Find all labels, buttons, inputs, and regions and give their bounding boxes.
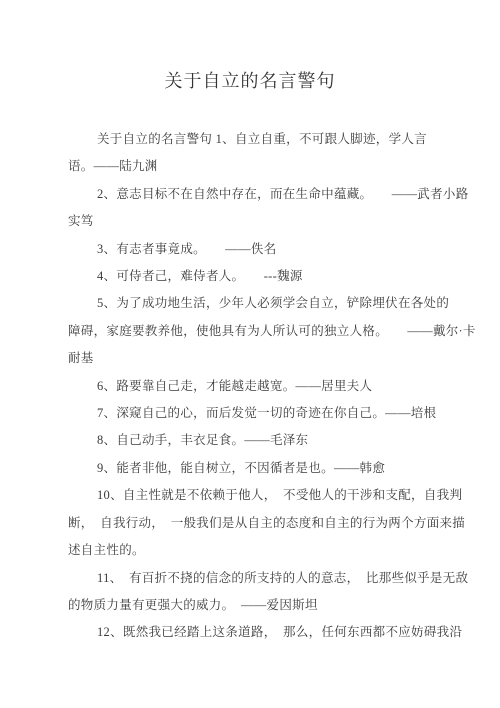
quote-line-1a: 关于自立的名言警句 1、自立自重，不可跟人脚迹，学人言 — [68, 126, 438, 153]
quote-line-5a: 5、为了成功地生活，少年人必须学会自立，铲除埋伏在各处的 — [68, 290, 438, 317]
quote-line-2b: 实笃 — [68, 208, 438, 235]
quote-line-5c: 耐基 — [68, 345, 438, 372]
quote-line-11a: 11、 有百折不挠的信念的所支持的人的意志， 比那些似乎是无敌 — [68, 565, 438, 592]
quote-line-10b: 断， 自我行动， 一般我们是从自主的态度和自主的行为两个方面来描 — [68, 510, 438, 537]
quote-line-1b: 语。——陆九渊 — [68, 153, 438, 180]
quote-line-10c: 述自主性的。 — [68, 537, 438, 564]
quote-line-3: 3、有志者事竟成。 ——佚名 — [68, 236, 438, 263]
quote-line-7: 7、深窥自己的心，而后发觉一切的奇迹在你自己。——培根 — [68, 400, 438, 427]
quote-line-9: 9、能者非他，能自树立，不因循者是也。——韩愈 — [68, 455, 438, 482]
document-page: 关于自立的名言警句 关于自立的名言警句 1、自立自重，不可跟人脚迹，学人言 语。… — [0, 0, 500, 708]
quote-line-10a: 10、自主性就是不依赖于他人， 不受他人的干涉和支配，自我判 — [68, 482, 438, 509]
quote-line-12: 12、既然我已经踏上这条道路， 那么，任何东西都不应妨碍我沿 — [68, 619, 438, 646]
quote-line-6: 6、路要靠自己走，才能越走越宽。——居里夫人 — [68, 373, 438, 400]
quote-line-8: 8、自己动手，丰衣足食。——毛泽东 — [68, 427, 438, 454]
quote-line-11b: 的物质力量有更强大的威力。 ——爱因斯坦 — [68, 592, 438, 619]
quote-line-2a: 2、意志目标不在自然中存在，而在生命中蕴藏。 ——武者小路 — [68, 181, 438, 208]
document-body: 关于自立的名言警句 1、自立自重，不可跟人脚迹，学人言 语。——陆九渊 2、意志… — [68, 126, 438, 647]
document-title: 关于自立的名言警句 — [0, 0, 500, 94]
quote-line-5b: 障碍，家庭要教养他，使他具有为人所认可的独立人格。 ——戴尔·卡 — [68, 318, 438, 345]
quote-line-4: 4、可侍者己，难侍者人。 ---魏源 — [68, 263, 438, 290]
